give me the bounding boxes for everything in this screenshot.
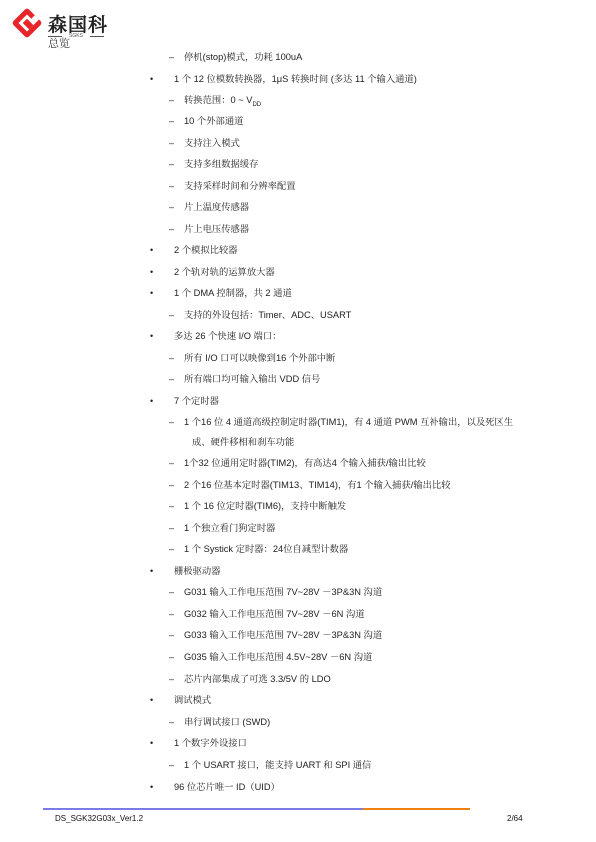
item-text-main: 1 个 Systick 定时器：24位自减型计数器: [184, 544, 348, 554]
bullet-icon: •: [150, 73, 156, 85]
dash-icon: –: [169, 716, 174, 728]
dash-icon: –: [169, 457, 174, 469]
item-text: 1 个 16 位定时器(TIM6)，支持中断触发: [184, 500, 346, 512]
item-text: 所有 I/O 口可以映像到16 个外部中断: [184, 352, 335, 364]
item-text: 所有端口均可输入输出 VDD 信号: [184, 373, 320, 385]
dash-icon: –: [169, 201, 174, 213]
item-text: 1 个 Systick 定时器：24位自减型计数器: [184, 543, 348, 555]
dash-icon: –: [169, 608, 174, 620]
dash-icon: –: [169, 223, 174, 235]
item-text: G031 输入工作电压范围 7V~28V －3P&3N 沟道: [184, 586, 382, 598]
item-text-main: 1个32 位通用定时器(TIM2)，有高达4 个输入捕获/输出比较: [184, 458, 426, 468]
item-text: 成、硬件移相和刹车功能: [192, 436, 294, 448]
item-text: 1 个16 位 4 通道高级控制定时器(TIM1)，有 4 通道 PWM 互补输…: [184, 416, 513, 428]
bullet-icon: •: [150, 565, 156, 577]
item-text: 1 个数字外设接口: [174, 737, 247, 749]
item-text: 96 位芯片唯一 ID（UID）: [174, 781, 280, 793]
bullet-icon: •: [150, 266, 156, 278]
item-text: 7 个定时器: [174, 395, 219, 407]
bullet-icon: •: [150, 330, 156, 342]
item-text: 支持多组数据缓存: [184, 158, 258, 170]
item-text-main: 所有端口均可输入输出 VDD 信号: [184, 374, 320, 384]
company-logo: 森国科 SGKS: [8, 4, 148, 50]
item-text: 2 个模拟比较器: [174, 244, 238, 256]
item-text-main: 1 个 DMA 控制器，共 2 通道: [174, 288, 292, 298]
item-text: 调试模式: [174, 694, 211, 706]
item-text-main: 支持采样时间和分辨率配置: [184, 181, 296, 191]
footer-divider-blue: [43, 808, 363, 810]
item-text-main: 片上电压传感器: [184, 224, 249, 234]
item-text: 10 个外部通道: [184, 115, 243, 127]
item-text: 1 个 DMA 控制器，共 2 通道: [174, 287, 292, 299]
item-text: 转换范围：0 ~ VDD: [184, 94, 261, 111]
section-title: 总览: [48, 35, 70, 51]
bullet-icon: •: [150, 287, 156, 299]
dash-icon: –: [169, 500, 174, 512]
item-text-main: G035 输入工作电压范围 4.5V~28V －6N 沟道: [184, 652, 372, 662]
item-text-main: 多达 26 个快速 I/O 端口：: [174, 331, 281, 341]
item-text: G033 输入工作电压范围 7V~28V －3P&3N 沟道: [184, 629, 382, 641]
item-text-main: 7 个定时器: [174, 396, 219, 406]
footer-doc-id: DS_SGK32G03x_Ver1.2: [55, 814, 143, 823]
bullet-icon: •: [150, 737, 156, 749]
item-text-main: 96 位芯片唯一 ID（UID）: [174, 782, 280, 792]
dash-icon: –: [169, 137, 174, 149]
item-text: 片上电压传感器: [184, 223, 249, 235]
item-text-main: 1 个 USART 接口，能支持 UART 和 SPI 通信: [184, 760, 371, 770]
item-text-main: 调试模式: [174, 695, 211, 705]
item-text: 2 个16 位基本定时器(TIM13、TIM14)，有1 个输入捕获/输出比较: [184, 479, 451, 491]
item-text-main: 支持多组数据缓存: [184, 159, 258, 169]
dash-icon: –: [169, 759, 174, 771]
dash-icon: –: [169, 416, 174, 428]
item-text: G032 输入工作电压范围 7V~28V －6N 沟道: [184, 608, 365, 620]
item-text-main: 2 个16 位基本定时器(TIM13、TIM14)，有1 个输入捕获/输出比较: [184, 480, 451, 490]
item-text: 串行调试接口 (SWD): [184, 716, 270, 728]
dash-icon: –: [169, 158, 174, 170]
dash-icon: –: [169, 673, 174, 685]
item-text: 1 个独立看门狗定时器: [184, 522, 275, 534]
item-text: 2 个轨对轨的运算放大器: [174, 266, 275, 278]
bullet-icon: •: [150, 244, 156, 256]
item-text-main: 1 个 12 位模数转换器，1μS 转换时间 (多达 11 个输入通道): [174, 74, 417, 84]
dash-icon: –: [169, 543, 174, 555]
item-text: 栅极驱动器: [174, 565, 221, 577]
dash-icon: –: [169, 51, 174, 63]
item-text-main: 停机(stop)模式，功耗 100uA: [184, 52, 302, 62]
item-text-main: G033 输入工作电压范围 7V~28V －3P&3N 沟道: [184, 630, 382, 640]
dash-icon: –: [169, 586, 174, 598]
item-text-main: 成、硬件移相和刹车功能: [192, 437, 294, 447]
dash-icon: –: [169, 479, 174, 491]
item-text-main: 串行调试接口 (SWD): [184, 717, 270, 727]
item-text-main: 转换范围：0 ~ V: [184, 95, 252, 105]
item-text: 支持的外设包括：Timer、ADC、USART: [184, 309, 351, 321]
dash-icon: –: [169, 94, 174, 106]
item-text-main: 所有 I/O 口可以映像到16 个外部中断: [184, 353, 335, 363]
item-text-main: 片上温度传感器: [184, 202, 249, 212]
item-text-main: 栅极驱动器: [174, 566, 221, 576]
item-text-main: 1 个16 位 4 通道高级控制定时器(TIM1)，有 4 通道 PWM 互补输…: [184, 417, 513, 427]
item-text: 多达 26 个快速 I/O 端口：: [174, 330, 281, 342]
item-text-main: 1 个 16 位定时器(TIM6)，支持中断触发: [184, 501, 346, 511]
logo-mark-icon: [12, 8, 42, 38]
item-text-main: 支持注入模式: [184, 138, 240, 148]
dash-icon: –: [169, 522, 174, 534]
footer-divider-orange: [363, 808, 470, 810]
item-text: 1个32 位通用定时器(TIM2)，有高达4 个输入捕获/输出比较: [184, 457, 426, 469]
dash-icon: –: [169, 629, 174, 641]
item-text: 停机(stop)模式，功耗 100uA: [184, 51, 302, 63]
item-text-main: 1 个数字外设接口: [174, 738, 247, 748]
item-text: 1 个 12 位模数转换器，1μS 转换时间 (多达 11 个输入通道): [174, 73, 417, 85]
item-text-main: 2 个模拟比较器: [174, 245, 238, 255]
item-text: 支持注入模式: [184, 137, 240, 149]
item-text: 支持采样时间和分辨率配置: [184, 180, 296, 192]
dash-icon: –: [169, 373, 174, 385]
item-text-main: G032 输入工作电压范围 7V~28V －6N 沟道: [184, 609, 365, 619]
item-text-main: 芯片内部集成了可选 3.3/5V 的 LDO: [184, 674, 331, 684]
footer-page-number: 2/64: [507, 814, 523, 823]
item-text-subscript: DD: [252, 102, 261, 108]
item-text: 芯片内部集成了可选 3.3/5V 的 LDO: [184, 673, 331, 685]
item-text-main: 1 个独立看门狗定时器: [184, 523, 275, 533]
bullet-icon: •: [150, 781, 156, 793]
item-text-main: 支持的外设包括：Timer、ADC、USART: [184, 310, 351, 320]
dash-icon: –: [169, 352, 174, 364]
bullet-icon: •: [150, 395, 156, 407]
item-text: G035 输入工作电压范围 4.5V~28V －6N 沟道: [184, 651, 372, 663]
dash-icon: –: [169, 309, 174, 321]
item-text: 片上温度传感器: [184, 201, 249, 213]
item-text-main: 10 个外部通道: [184, 116, 243, 126]
bullet-icon: •: [150, 694, 156, 706]
dash-icon: –: [169, 180, 174, 192]
item-text: 1 个 USART 接口，能支持 UART 和 SPI 通信: [184, 759, 371, 771]
item-text-main: 2 个轨对轨的运算放大器: [174, 267, 275, 277]
dash-icon: –: [169, 115, 174, 127]
item-text-main: G031 输入工作电压范围 7V~28V －3P&3N 沟道: [184, 587, 382, 597]
dash-icon: –: [169, 651, 174, 663]
